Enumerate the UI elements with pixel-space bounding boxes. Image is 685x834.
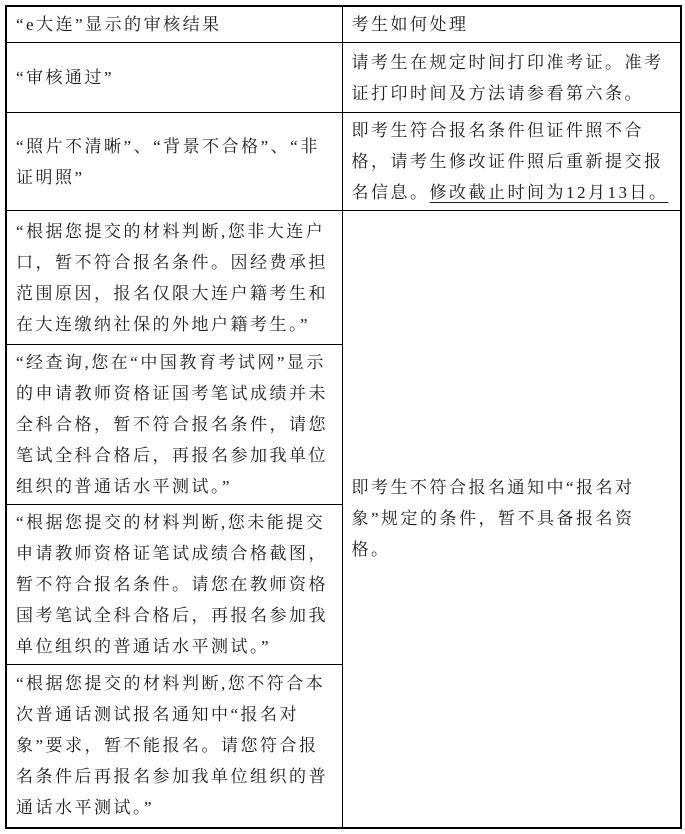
cell-result-missing-score-screenshot: “根据您提交的材料判断,您未能提交申请教师资格证笔试成绩合格截图，暂不符合报名条…	[6, 505, 342, 665]
audit-results-table: “e大连”显示的审核结果 考生如何处理 “审核通过” 请考生在规定时间打印准考证…	[5, 5, 682, 829]
cell-result-written-exam-not-passed: “经查询,您在“中国教育考试网”显示的申请教师资格证国考笔试成绩并未全科合格，暂…	[6, 345, 342, 505]
cell-result-photo-issues: “照片不清晰”、“背景不合格”、“非证明照”	[6, 113, 342, 211]
table-header-row: “e大连”显示的审核结果 考生如何处理	[6, 6, 681, 43]
cell-result-not-eligible: “根据您提交的材料判断,您不符合本次普通话测试报名通知中“报名对象”要求，暂不能…	[6, 665, 342, 828]
column-header-audit-result: “e大连”显示的审核结果	[6, 6, 342, 43]
column-header-candidate-action: 考生如何处理	[342, 6, 681, 43]
cell-result-approved: “审核通过”	[6, 43, 342, 113]
cell-result-non-dalian-household: “根据您提交的材料判断,您非大连户口，暂不符合报名条件。因经费承担范围原因，报名…	[6, 211, 342, 345]
table-row-non-dalian-household: “根据您提交的材料判断,您非大连户口，暂不符合报名条件。因经费承担范围原因，报名…	[6, 211, 681, 345]
cell-action-approved: 请考生在规定时间打印准考证。准考证打印时间及方法请参看第六条。	[342, 43, 681, 113]
table-row-approved: “审核通过” 请考生在规定时间打印准考证。准考证打印时间及方法请参看第六条。	[6, 43, 681, 113]
table-row-photo-issues: “照片不清晰”、“背景不合格”、“非证明照” 即考生符合报名条件但证件照不合格，…	[6, 113, 681, 211]
cell-action-photo-issues: 即考生符合报名条件但证件照不合格，请考生修改证件照后重新提交报名信息。修改截止时…	[342, 113, 681, 211]
cell-action-not-qualified-merged: 即考生不符合报名通知中“报名对象”规定的条件，暂不具备报名资格。	[342, 211, 681, 828]
modification-deadline-underlined: 修改截止时间为12月13日。	[430, 183, 669, 202]
